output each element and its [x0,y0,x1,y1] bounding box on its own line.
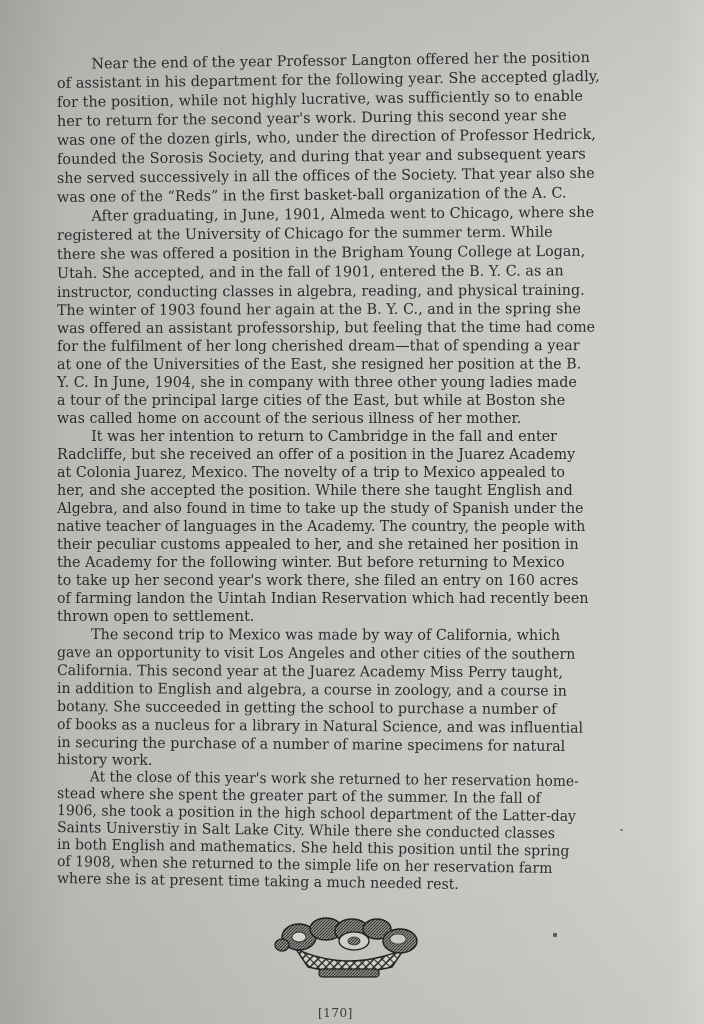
ink-speck [553,933,557,937]
flower-basket-ornament-icon [274,915,424,985]
text-line: registered at the University of Chicago … [57,224,553,245]
text-line: The winter of 1903 found her again at th… [57,300,581,320]
text-line: It was her intention to return to Cambri… [57,428,557,446]
text-line: at one of the Universities of the East, … [57,356,581,374]
text-line: history work. [57,751,153,770]
text-line: California. This second year at the Juar… [57,662,563,682]
ink-speck [620,829,623,831]
text-line: was called home on account of the seriou… [57,410,521,428]
text-line: for the fulfilment of her long cherished… [57,337,580,356]
text-line: was offered an assistant professorship, … [57,319,595,338]
text-line: the Academy for the following winter. Bu… [57,554,565,572]
text-line: at Colonia Juarez, Mexico. The novelty o… [57,464,565,482]
text-line: Utah. She accepted, and in the fall of 1… [57,262,564,283]
text-line: of farming landon the Uintah Indian Rese… [57,590,589,608]
text-line: her, and she accepted the position. Whil… [57,482,573,500]
text-line: After graduating, in June, 1901, Almeda … [57,204,594,226]
text-line: gave an opportunity to visit Los Angeles… [57,644,575,664]
text-line: Y. C. In June, 1904, she in company with… [57,374,577,392]
text-line: The second trip to Mexico was made by wa… [57,626,560,645]
text-line: to take up her second year's work there,… [57,572,578,590]
text-line: Algebra, and also found in time to take … [57,500,584,518]
text-line: there she was offered a position in the … [57,243,585,264]
page-number: [170] [318,1006,353,1020]
text-line: their peculiar customs appealed to her, … [57,536,579,554]
text-line: Radcliffe, but she received an offer of … [57,446,575,464]
text-line: instructor, conducting classes in algebr… [57,282,585,302]
text-line: a tour of the principal large cities of … [57,392,565,410]
text-line: native teacher of languages in the Acade… [57,518,585,536]
text-line: thrown open to settlement. [57,608,254,626]
